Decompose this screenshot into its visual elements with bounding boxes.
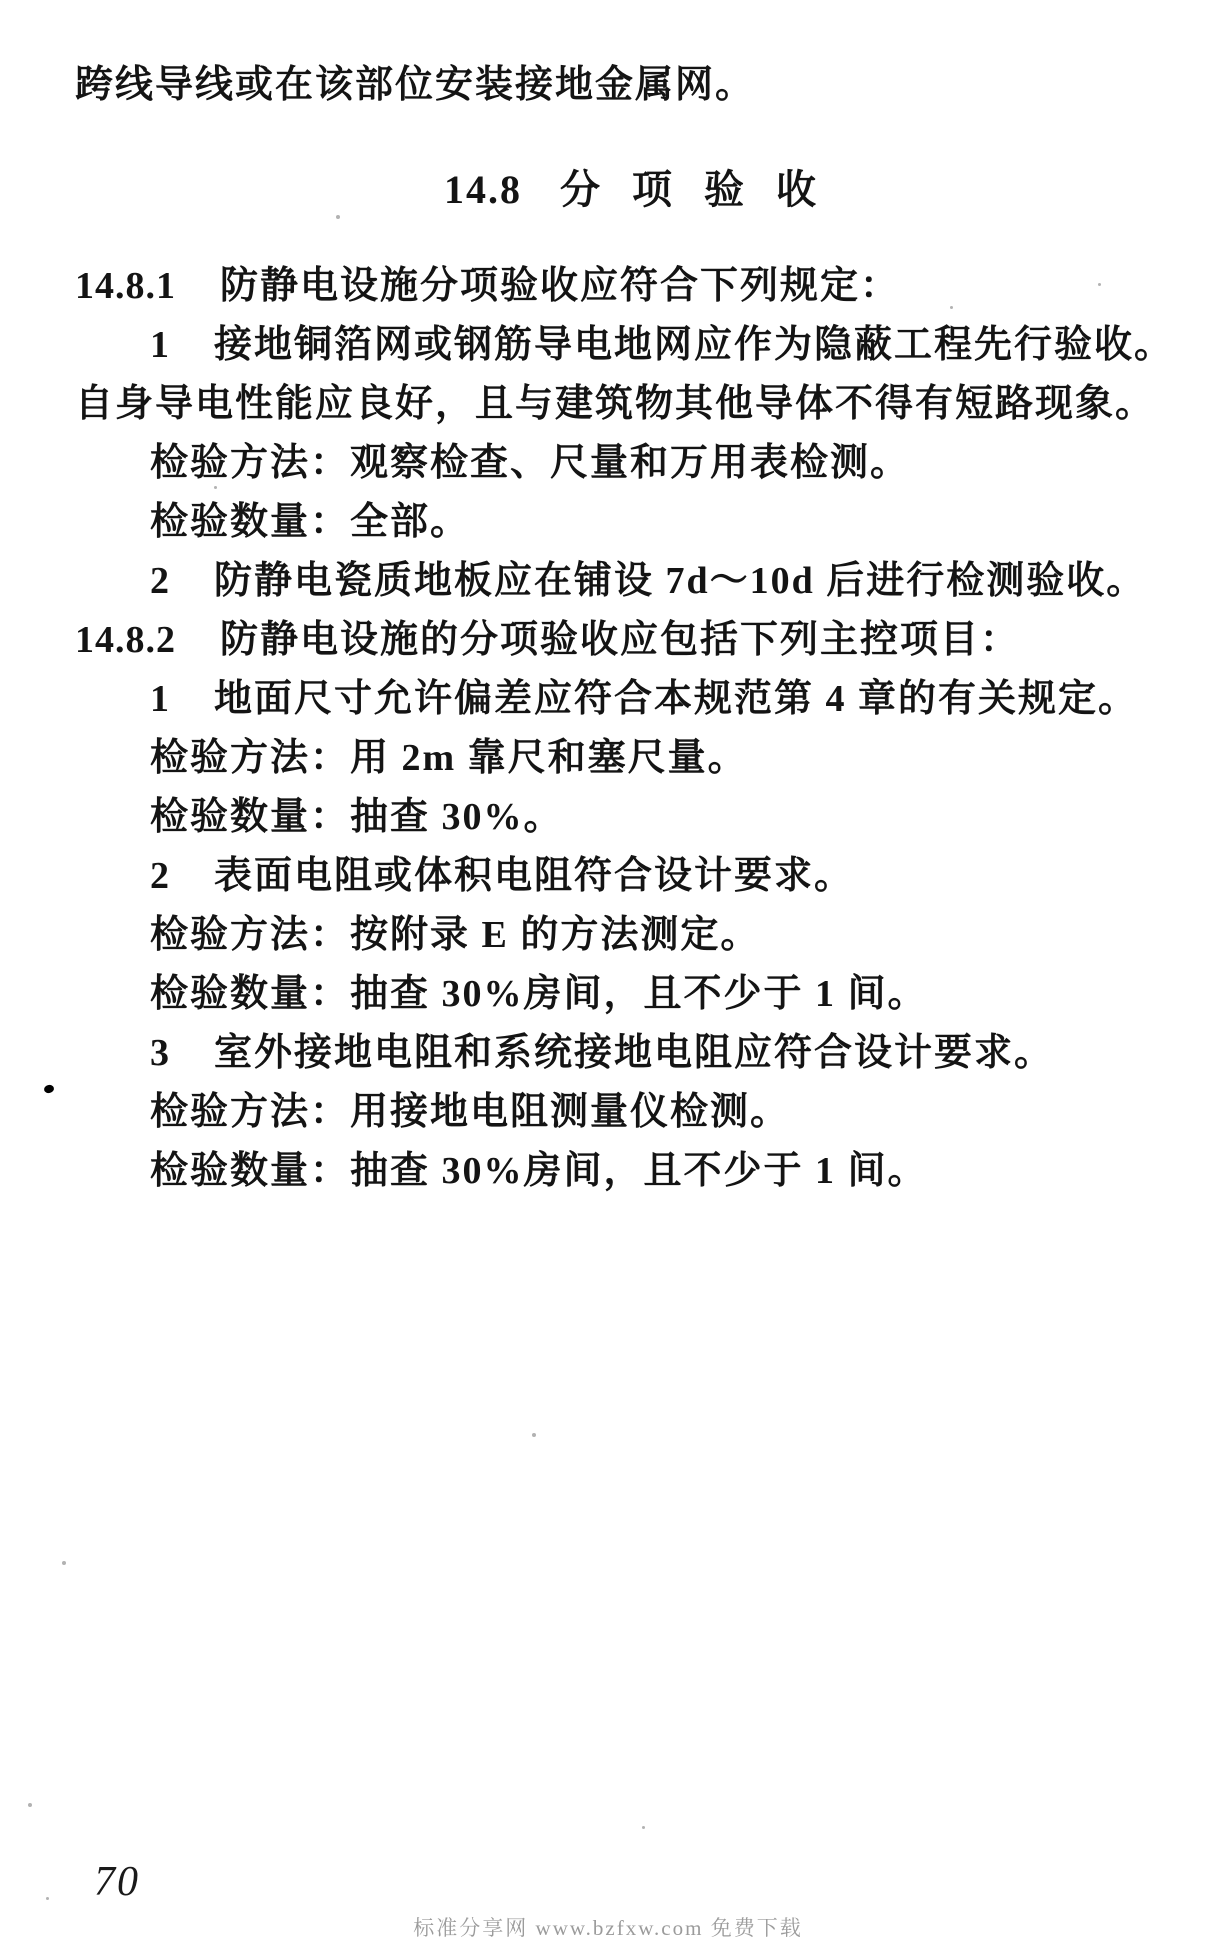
item-number: 2 [150, 855, 170, 897]
item-number: 14.8.1 [75, 265, 176, 307]
line-text: 检验数量：全部。 [150, 501, 470, 543]
text-line: 检验数量：抽查 30%房间，且不少于 1 间。 [75, 965, 1151, 1024]
section-heading: 14.8分 项 验 收 [75, 160, 1151, 220]
item-number: 3 [150, 1032, 170, 1074]
scan-speck [950, 306, 953, 309]
document-body: 跨线导线或在该部位安装接地金属网。14.8分 项 验 收14.8.1防静电设施分… [75, 56, 1151, 1201]
text-line: 检验方法：用接地电阻测量仪检测。 [75, 1083, 1151, 1142]
line-text: 防静电设施分项验收应符合下列规定： [220, 265, 900, 307]
scan-speck [336, 215, 340, 219]
text-line: 检验方法：用 2m 靠尺和塞尺量。 [75, 729, 1151, 788]
document-page: 跨线导线或在该部位安装接地金属网。14.8分 项 验 收14.8.1防静电设施分… [0, 0, 1216, 1950]
scan-speck [1098, 283, 1101, 286]
text-line: 检验数量：全部。 [75, 493, 1151, 552]
line-text: 防静电设施的分项验收应包括下列主控项目： [220, 619, 1020, 661]
scan-speck [642, 1826, 645, 1829]
text-line: 检验方法：观察检查、尺量和万用表检测。 [75, 434, 1151, 493]
text-line: 检验数量：抽查 30%。 [75, 788, 1151, 847]
line-text: 接地铜箔网或钢筋导电地网应作为隐蔽工程先行验收。 [214, 324, 1174, 366]
line-text: 检验数量：抽查 30%房间，且不少于 1 间。 [150, 1150, 928, 1192]
text-line: 14.8.2防静电设施的分项验收应包括下列主控项目： [75, 611, 1151, 670]
line-text: 检验方法：观察检查、尺量和万用表检测。 [150, 442, 910, 484]
scan-speck [214, 486, 217, 489]
text-line: 2表面电阻或体积电阻符合设计要求。 [75, 847, 1151, 906]
watermark-text: 标准分享网 www.bzfxw.com 免费下载 [0, 1912, 1216, 1942]
item-number: 1 [150, 678, 170, 720]
line-text: 跨线导线或在该部位安装接地金属网。 [75, 64, 755, 106]
line-text: 室外接地电阻和系统接地电阻应符合设计要求。 [214, 1032, 1054, 1074]
text-line: 检验方法：按附录 E 的方法测定。 [75, 906, 1151, 965]
text-line: 14.8.1防静电设施分项验收应符合下列规定： [75, 257, 1151, 316]
line-text: 自身导电性能应良好，且与建筑物其他导体不得有短路现象。 [75, 383, 1155, 425]
scan-speck [532, 1433, 536, 1437]
item-number: 2 [150, 560, 170, 602]
heading-title: 分 项 验 收 [560, 167, 827, 212]
item-number: 14.8.2 [75, 619, 176, 661]
text-line: 自身导电性能应良好，且与建筑物其他导体不得有短路现象。 [75, 375, 1151, 434]
line-text: 检验数量：抽查 30%。 [150, 796, 564, 838]
scan-speck [28, 1803, 32, 1807]
text-line: 1地面尺寸允许偏差应符合本规范第 4 章的有关规定。 [75, 670, 1151, 729]
text-line: 1接地铜箔网或钢筋导电地网应作为隐蔽工程先行验收。 [75, 316, 1151, 375]
line-text: 表面电阻或体积电阻符合设计要求。 [214, 855, 854, 897]
line-text: 地面尺寸允许偏差应符合本规范第 4 章的有关规定。 [214, 678, 1138, 720]
scan-speck [62, 1561, 66, 1565]
ink-blot [43, 1084, 55, 1094]
page-number: 70 [94, 1858, 140, 1906]
text-line: 3室外接地电阻和系统接地电阻应符合设计要求。 [75, 1024, 1151, 1083]
line-text: 检验方法：按附录 E 的方法测定。 [150, 914, 760, 956]
line-text: 检验数量：抽查 30%房间，且不少于 1 间。 [150, 973, 928, 1015]
line-text: 防静电瓷质地板应在铺设 7d～10d 后进行检测验收。 [214, 560, 1146, 602]
text-line: 2防静电瓷质地板应在铺设 7d～10d 后进行检测验收。 [75, 552, 1151, 611]
text-line: 跨线导线或在该部位安装接地金属网。 [75, 56, 1151, 115]
line-text: 检验方法：用接地电阻测量仪检测。 [150, 1091, 790, 1133]
heading-number: 14.8 [444, 167, 522, 212]
line-text: 检验方法：用 2m 靠尺和塞尺量。 [150, 737, 748, 779]
item-number: 1 [150, 324, 170, 366]
scan-speck [46, 1897, 49, 1900]
text-line: 检验数量：抽查 30%房间，且不少于 1 间。 [75, 1142, 1151, 1201]
